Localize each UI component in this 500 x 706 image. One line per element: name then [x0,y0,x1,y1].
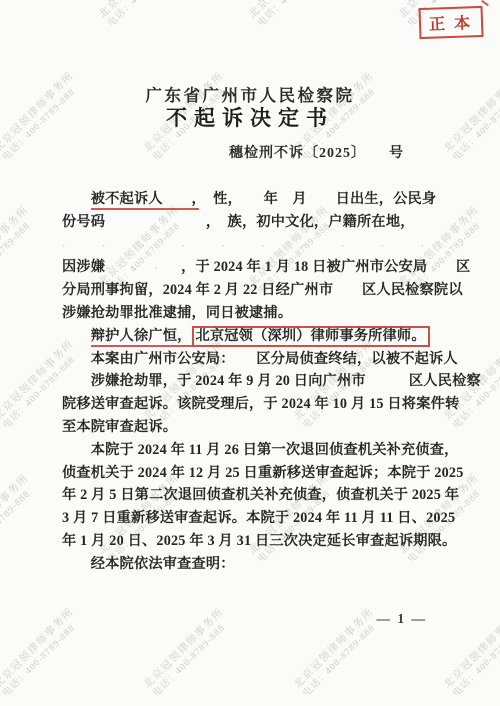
doc-text: 年 2 月 5 日第二次退回侦查机关补充侦查，侦查机关于 2025 年 [62,487,459,503]
redacted-trace: · · · · · · · · · · · · [62,241,500,252]
redacted-trace: · · · [105,262,167,274]
doc-text: 3 月 7 日重新移送审查起诉。本院于 2024 年 11 月 11 日、202… [62,510,455,526]
page-number: — 1 — [377,611,428,627]
doc-line: 年 1 月 20 日、2025 年 3 月 31 日三次决定延长审查起诉期限。 [62,530,444,553]
doc-text: 分局刑事拘留，2024 年 2 月 22 日经广州市 区人民检察院以 [62,282,463,298]
doc-line: 辩护人徐广恒，北京冠领（深圳）律师事务所律师。 [62,325,444,348]
doc-text: 性， 年 月 日出生，公民身 [199,191,437,207]
doc-text: 本案由广州市公安局： 区分局侦查终结，以被不起诉人 [62,351,458,367]
doc-line: · · · · · · · · · · · · ， [62,234,444,257]
scanned-document-page: 北京冠领律师事务所电话：400-8789-888北京冠领律师事务所电话：400-… [0,0,500,706]
doc-text: 经本院依法审查查明： [62,556,235,572]
doc-line: 分局刑事拘留，2024 年 2 月 22 日经广州市 区人民检察院以 [62,279,444,302]
doc-text: 本院于 2024 年 11 月 26 日第一次退回侦查机关补充侦查， [62,442,459,458]
doc-text: 院移送审查起诉。该院受理后，于 2024 年 10 月 15 日将案件转 [62,396,459,412]
red-boxed-text: 北京冠领（深圳）律师事务所律师。 [192,326,430,347]
doc-line: 涉嫌抢劫罪，于 2024 年 9 月 20 日向广州市 区人民检察 [62,370,444,393]
doc-text: 因涉嫌 [62,259,105,275]
doc-line: 被不起诉人 ， 性， 年 月 日出生，公民身 [62,188,444,211]
document-body: 被不起诉人 ， 性， 年 月 日出生，公民身份号码 ， 族，初中文化，户籍所在地… [62,188,444,576]
original-copy-stamp: 正本 [418,6,483,39]
document-content: 正本 广东省广州市人民检察院 不起诉决定书 穗检刑不诉〔2025〕 号 被不起诉… [0,0,500,706]
doc-line: 本院于 2024 年 11 月 26 日第一次退回侦查机关补充侦查， [62,439,444,462]
document-number: 穗检刑不诉〔2025〕 号 [229,142,404,162]
doc-line: 涉嫌抢劫罪批准逮捕，同日被逮捕。 [62,302,444,325]
doc-line: 经本院依法审查查明： [62,553,444,576]
red-underlined-text: 被不起诉人 ， [91,191,199,210]
doc-line: 因涉嫌· · · ，于 2024 年 1 月 18 日被广州市公安局 区 [62,256,444,279]
doc-text: 年 1 月 20 日、2025 年 3 月 31 日三次决定延长审查起诉期限。 [62,533,456,549]
doc-text: 至本院审查起诉。 [62,419,177,435]
doc-line: 至本院审查起诉。 [62,416,444,439]
doc-line: 份号码 ， 族，初中文化，户籍所在地， [62,211,444,234]
doc-text: 涉嫌抢劫罪批准逮捕，同日被逮捕。 [62,305,292,321]
doc-line: 3 月 7 日重新移送审查起诉。本院于 2024 年 11 月 11 日、202… [62,507,444,530]
document-title: 不起诉决定书 [0,102,500,132]
doc-text: 份号码 ， 族，初中文化，户籍所在地， [62,214,415,230]
doc-text: 侦查机关于 2024 年 12 月 25 日重新移送审查起诉；本院于 2025 [62,465,464,481]
doc-line: 院移送审查起诉。该院受理后，于 2024 年 10 月 15 日将案件转 [62,393,444,416]
doc-line: 本案由广州市公安局： 区分局侦查终结，以被不起诉人 [62,348,444,371]
doc-line: 年 2 月 5 日第二次退回侦查机关补充侦查，侦查机关于 2025 年 [62,484,444,507]
doc-text: ，于 2024 年 1 月 18 日被广州市公安局 区 [167,259,471,275]
doc-line: 侦查机关于 2024 年 12 月 25 日重新移送审查起诉；本院于 2025 [62,462,444,485]
red-underlined-text: 辩护人徐广恒， [91,328,192,347]
doc-text [62,328,91,344]
doc-text: 涉嫌抢劫罪，于 2024 年 9 月 20 日向广州市 区人民检察 [62,373,481,389]
doc-text [62,191,91,207]
